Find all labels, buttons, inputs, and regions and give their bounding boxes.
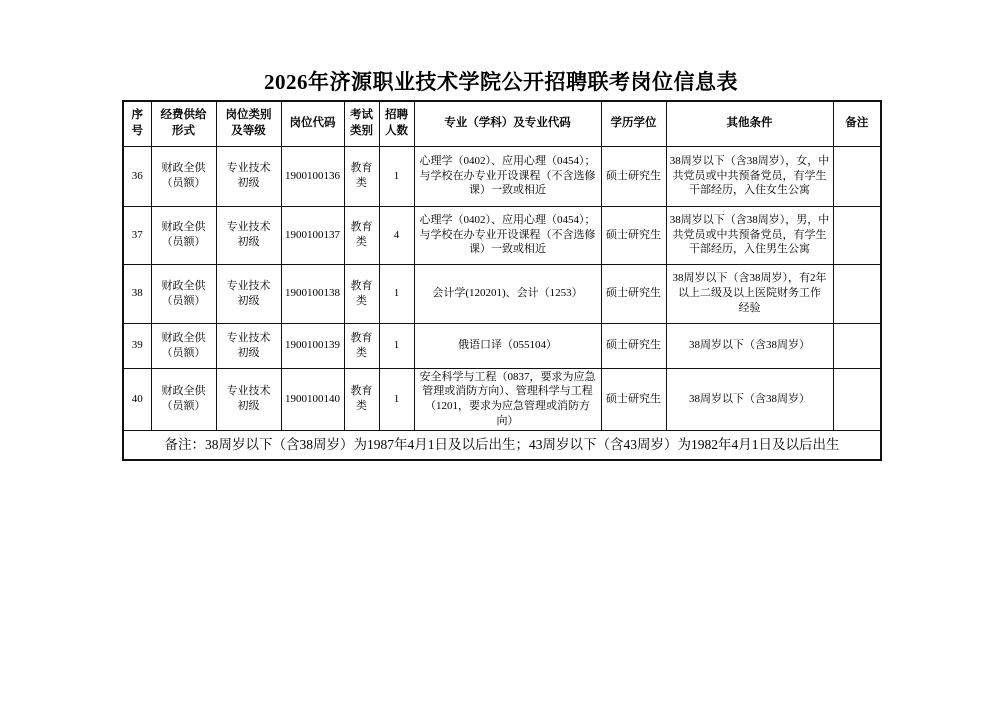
table-row: 39 财政全供 （员额） 专业技术 初级 1900100139 教育类 1 俄语… — [123, 323, 881, 368]
footer-note: 备注：38周岁以下（含38周岁）为1987年4月1日及以后出生；43周岁以下（含… — [123, 430, 881, 460]
cell-degree: 硕士研究生 — [601, 146, 666, 206]
cell-exam-type: 教育类 — [344, 323, 379, 368]
col-header-funding: 经费供给 形式 — [151, 101, 216, 146]
cell-seq: 36 — [123, 146, 151, 206]
table-row: 38 财政全供 （员额） 专业技术 初级 1900100138 教育类 1 会计… — [123, 264, 881, 323]
table-row: 36 财政全供 （员额） 专业技术 初级 1900100136 教育类 1 心理… — [123, 146, 881, 206]
cell-major: 会计学(120201)、会计（1253） — [414, 264, 601, 323]
col-header-headcount: 招聘 人数 — [379, 101, 414, 146]
document-page: 2026年济源职业技术学院公开招聘联考岗位信息表 序 号 经费供给 形式 岗位类… — [0, 0, 1000, 707]
cell-headcount: 4 — [379, 206, 414, 264]
col-header-code: 岗位代码 — [281, 101, 344, 146]
cell-remark — [833, 368, 881, 430]
col-header-degree: 学历学位 — [601, 101, 666, 146]
cell-other: 38周岁以下（含38周岁），男，中共党员或中共预备党员，有学生干部经历，入住男生… — [666, 206, 833, 264]
col-header-remark: 备注 — [833, 101, 881, 146]
cell-seq: 38 — [123, 264, 151, 323]
cell-code: 1900100138 — [281, 264, 344, 323]
cell-headcount: 1 — [379, 323, 414, 368]
footer-note-row: 备注：38周岁以下（含38周岁）为1987年4月1日及以后出生；43周岁以下（含… — [123, 430, 881, 460]
cell-degree: 硕士研究生 — [601, 323, 666, 368]
cell-remark — [833, 146, 881, 206]
cell-category: 专业技术 初级 — [216, 264, 281, 323]
cell-major: 心理学（0402）、应用心理（0454）；与学校在办专业开设课程（不含选修课）一… — [414, 206, 601, 264]
cell-code: 1900100137 — [281, 206, 344, 264]
cell-funding: 财政全供 （员额） — [151, 368, 216, 430]
cell-code: 1900100139 — [281, 323, 344, 368]
cell-degree: 硕士研究生 — [601, 206, 666, 264]
col-header-category: 岗位类别 及等级 — [216, 101, 281, 146]
table-row: 37 财政全供 （员额） 专业技术 初级 1900100137 教育类 4 心理… — [123, 206, 881, 264]
cell-major: 俄语口译（055104） — [414, 323, 601, 368]
cell-code: 1900100136 — [281, 146, 344, 206]
col-header-other: 其他条件 — [666, 101, 833, 146]
cell-category: 专业技术 初级 — [216, 323, 281, 368]
cell-funding: 财政全供 （员额） — [151, 206, 216, 264]
header-row: 序 号 经费供给 形式 岗位类别 及等级 岗位代码 考试 类别 招聘 人数 专业… — [123, 101, 881, 146]
cell-other: 38周岁以下（含38周岁） — [666, 323, 833, 368]
positions-table: 序 号 经费供给 形式 岗位类别 及等级 岗位代码 考试 类别 招聘 人数 专业… — [122, 100, 882, 461]
cell-other: 38周岁以下（含38周岁），有2年以上二级及以上医院财务工作 经验 — [666, 264, 833, 323]
page-title: 2026年济源职业技术学院公开招聘联考岗位信息表 — [122, 66, 880, 96]
col-header-exam-type: 考试 类别 — [344, 101, 379, 146]
cell-exam-type: 教育类 — [344, 264, 379, 323]
cell-remark — [833, 323, 881, 368]
cell-other: 38周岁以下（含38周岁），女，中共党员或中共预备党员，有学生干部经历，入住女生… — [666, 146, 833, 206]
cell-category: 专业技术 初级 — [216, 206, 281, 264]
cell-major: 安全科学与工程（0837，要求为应急管理或消防方向）、管理科学与工程（1201，… — [414, 368, 601, 430]
table-row: 40 财政全供 （员额） 专业技术 初级 1900100140 教育类 1 安全… — [123, 368, 881, 430]
cell-seq: 37 — [123, 206, 151, 264]
cell-degree: 硕士研究生 — [601, 368, 666, 430]
cell-other: 38周岁以下（含38周岁） — [666, 368, 833, 430]
cell-funding: 财政全供 （员额） — [151, 146, 216, 206]
col-header-major: 专业（学科）及专业代码 — [414, 101, 601, 146]
col-header-seq: 序 号 — [123, 101, 151, 146]
cell-headcount: 1 — [379, 264, 414, 323]
cell-funding: 财政全供 （员额） — [151, 323, 216, 368]
cell-seq: 39 — [123, 323, 151, 368]
cell-exam-type: 教育类 — [344, 206, 379, 264]
cell-major: 心理学（0402）、应用心理（0454）；与学校在办专业开设课程（不含选修课）一… — [414, 146, 601, 206]
cell-remark — [833, 264, 881, 323]
cell-headcount: 1 — [379, 146, 414, 206]
cell-exam-type: 教育类 — [344, 368, 379, 430]
cell-funding: 财政全供 （员额） — [151, 264, 216, 323]
cell-remark — [833, 206, 881, 264]
cell-category: 专业技术 初级 — [216, 146, 281, 206]
cell-exam-type: 教育类 — [344, 146, 379, 206]
cell-code: 1900100140 — [281, 368, 344, 430]
cell-degree: 硕士研究生 — [601, 264, 666, 323]
cell-category: 专业技术 初级 — [216, 368, 281, 430]
cell-headcount: 1 — [379, 368, 414, 430]
cell-seq: 40 — [123, 368, 151, 430]
